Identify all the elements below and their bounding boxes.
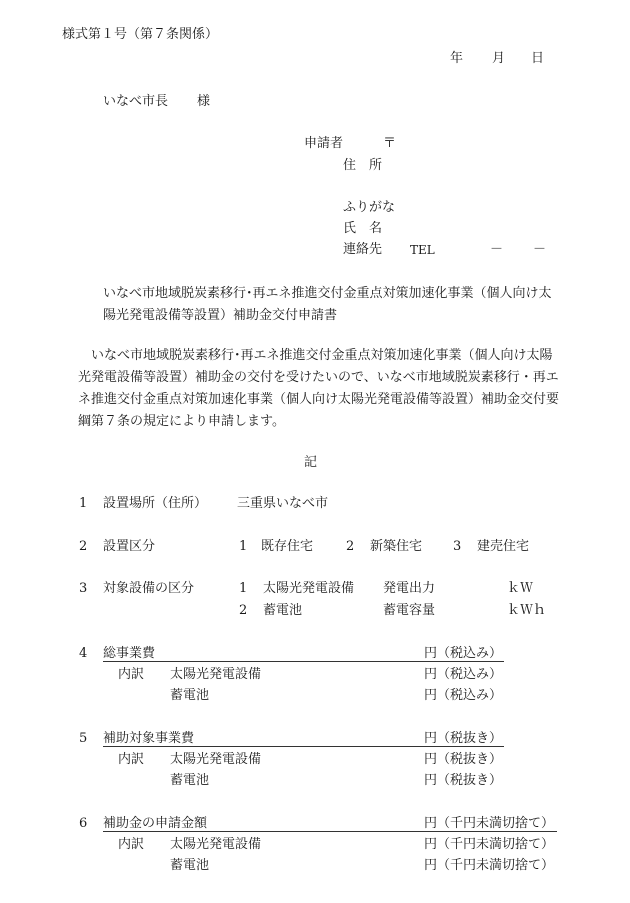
name-label: 氏 名 <box>343 222 382 235</box>
install-option-1-label: 既存住宅 <box>261 540 313 553</box>
item-1-value: 三重県いなべ市 <box>237 497 328 510</box>
addressee-name: いなべ市長 <box>103 95 168 108</box>
tel-label: TEL <box>410 244 435 256</box>
item-2-number: 2 <box>79 540 87 553</box>
item-4-battery-unit: 円（税込み） <box>424 689 502 702</box>
item-4-breakdown-label: 内訳 <box>118 668 144 681</box>
item-5-unit: 円（税抜き） <box>424 732 502 745</box>
item-6-amount-line[interactable] <box>103 830 557 832</box>
body-line-3: ネ推進交付金重点対策加速化事業（個人向け太陽光発電設備等設置）補助金交付要 <box>78 393 559 406</box>
equipment-1-unit: ｋＷ <box>507 582 533 595</box>
addressee-honorific: 様 <box>197 95 210 108</box>
item-5-solar-unit: 円（税抜き） <box>424 753 502 766</box>
postal-mark: 〒 <box>383 137 396 150</box>
equipment-2-unit: ｋＷｈ <box>507 604 546 617</box>
item-1-number: 1 <box>79 497 87 510</box>
body-line-4: 綱第７条の規定により申請します。 <box>78 415 285 428</box>
install-option-2-number: 2 <box>346 540 354 553</box>
contact-label: 連絡先 <box>343 243 382 256</box>
item-4-unit: 円（税込み） <box>424 647 502 660</box>
equipment-1-number: 1 <box>239 582 247 595</box>
tel-dash-2: － <box>533 243 546 256</box>
applicant-label: 申請者 <box>304 137 343 150</box>
equipment-2-number: 2 <box>239 604 247 617</box>
equipment-2-label: 蓄電池 <box>263 604 302 617</box>
item-6-solar-label: 太陽光発電設備 <box>170 838 261 851</box>
item-4-solar-unit: 円（税込み） <box>424 668 502 681</box>
item-6-number: 6 <box>79 817 87 830</box>
item-6-label: 補助金の申請金額 <box>103 817 207 830</box>
item-5-amount-line[interactable] <box>103 745 504 747</box>
item-3-number: 3 <box>79 582 87 595</box>
item-5-battery-label: 蓄電池 <box>170 774 209 787</box>
item-3-label: 対象設備の区分 <box>103 582 194 595</box>
date-month-label: 月 <box>492 52 505 65</box>
form-id: 様式第１号（第７条関係） <box>62 28 218 41</box>
item-5-battery-unit: 円（税抜き） <box>424 774 502 787</box>
body-line-2: 光発電設備等設置）補助金の交付を受けたいので、いなべ市地域脱炭素移行・再エ <box>78 371 559 384</box>
item-4-amount-line[interactable] <box>103 660 504 662</box>
item-2-label: 設置区分 <box>103 540 155 553</box>
item-6-unit: 円（千円未満切捨て） <box>424 817 554 830</box>
date-day-label: 日 <box>531 52 544 65</box>
equipment-1-label: 太陽光発電設備 <box>263 582 354 595</box>
item-5-solar-label: 太陽光発電設備 <box>170 753 261 766</box>
furigana-label: ふりがな <box>343 201 395 214</box>
item-6-battery-unit: 円（千円未満切捨て） <box>424 859 554 872</box>
item-5-number: 5 <box>79 732 87 745</box>
install-option-2-label: 新築住宅 <box>370 540 422 553</box>
install-option-3-number: 3 <box>453 540 461 553</box>
equipment-1-metric: 発電出力 <box>383 582 435 595</box>
item-5-label: 補助対象事業費 <box>103 732 194 745</box>
item-4-number: 4 <box>79 647 87 660</box>
date-year-label: 年 <box>450 52 463 65</box>
ki-heading: 記 <box>304 456 317 469</box>
body-line-1: いなべ市地域脱炭素移行･再エネ推進交付金重点対策加速化事業（個人向け太陽 <box>78 349 553 362</box>
item-4-solar-label: 太陽光発電設備 <box>170 668 261 681</box>
item-4-battery-label: 蓄電池 <box>170 689 209 702</box>
document-title-line-1: いなべ市地域脱炭素移行･再エネ推進交付金重点対策加速化事業（個人向け太 <box>103 287 552 300</box>
item-1-label: 設置場所（住所） <box>103 497 207 510</box>
equipment-2-metric: 蓄電容量 <box>383 604 435 617</box>
tel-dash-1: － <box>490 243 503 256</box>
install-option-1-number: 1 <box>239 540 247 553</box>
item-6-breakdown-label: 内訳 <box>118 838 144 851</box>
item-4-label: 総事業費 <box>103 647 155 660</box>
item-6-solar-unit: 円（千円未満切捨て） <box>424 838 554 851</box>
address-label: 住 所 <box>343 159 382 172</box>
item-5-breakdown-label: 内訳 <box>118 753 144 766</box>
item-6-battery-label: 蓄電池 <box>170 859 209 872</box>
install-option-3-label: 建売住宅 <box>477 540 529 553</box>
document-title-line-2: 陽光発電設備等設置）補助金交付申請書 <box>103 309 337 322</box>
